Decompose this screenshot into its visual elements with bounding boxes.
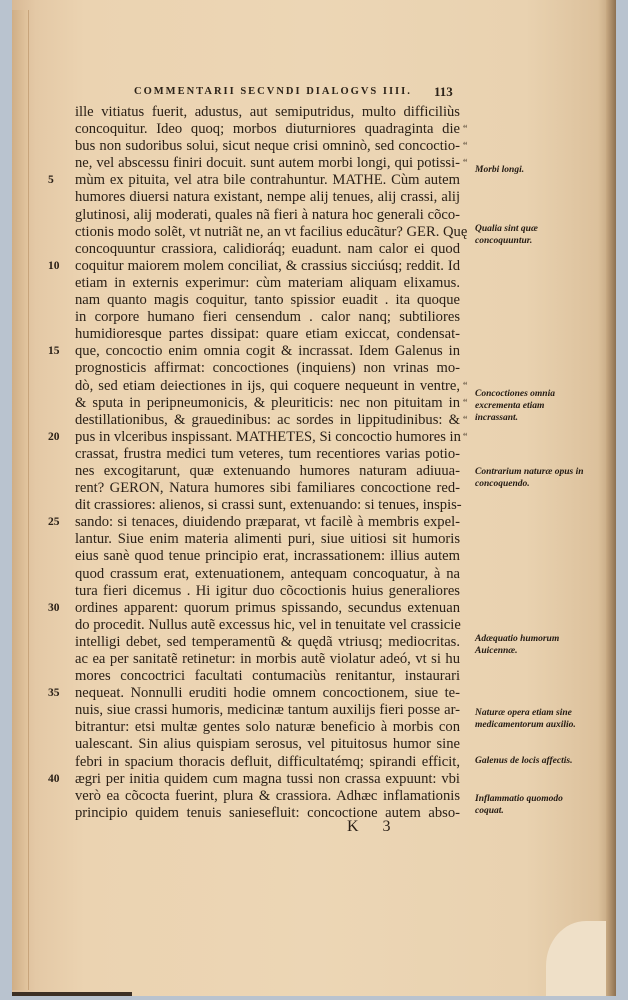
text-line: humidioresque partes dissipat: quare eti… [75, 326, 460, 343]
text-line: pus in vlceribus inspissant. MATHETES, S… [75, 429, 460, 446]
text-line: que, concoctio enim omnia cogit & incras… [75, 343, 460, 360]
text-line: glutinosi, alij moderati, quales nã fier… [75, 207, 460, 224]
line-number: 30 [48, 600, 60, 617]
text-line: ordines apparent: quorum primus spissand… [75, 600, 460, 617]
line-text: intelligi debet, sed temperamentũ & quęd… [75, 634, 460, 650]
line-text: verò ea cõcocta fuerint, plura & crassio… [75, 788, 460, 804]
line-text: nam quanto magis coquitur, tanto spissio… [75, 292, 460, 308]
text-line: nes excogitarunt, quæ extenuando humores… [75, 463, 460, 480]
line-number: 20 [48, 429, 60, 446]
quotation-mark: “ [463, 378, 467, 395]
quotation-mark: “ [463, 155, 467, 172]
text-line: rent? GERON, Natura humores sibi familia… [75, 480, 460, 497]
line-number: 25 [48, 514, 60, 531]
marginal-note: Inflammatio quomodo coquat. [475, 793, 585, 817]
text-line: concoquuntur crassiora, calidioráq; euad… [75, 241, 460, 258]
quotation-mark: “ [463, 395, 467, 412]
line-text: concoquitur. Ideo quoq; morbos diuturnio… [75, 121, 460, 137]
text-line: & sputa in peripneumonicis, & pleuritici… [75, 395, 460, 412]
adjacent-page-edge [12, 10, 29, 990]
text-line: nam quanto magis coquitur, tanto spissio… [75, 292, 460, 309]
line-text: destillationibus, & grauedinibus: ac sor… [75, 412, 460, 428]
line-text: mùm ex pituita, vel atra bile contrahunt… [75, 172, 460, 188]
text-line: ualescant. Sin alius quispiam serosus, v… [75, 736, 460, 753]
text-line: eius sanè quod tenue principio erat, inc… [75, 548, 460, 565]
folio-number: 113 [434, 84, 453, 100]
line-text: principio quidem tenuis saniesefluit: co… [75, 805, 460, 821]
line-text: humores diuersi natura existant, nempe a… [75, 189, 460, 205]
line-text: quod crassum erat, extenuationem, antequ… [75, 566, 460, 582]
bottom-shadow [12, 992, 132, 996]
line-text: bus non sudoribus solui, sicut neque cri… [75, 138, 460, 154]
line-number: 5 [48, 172, 54, 189]
line-text: concoquuntur crassiora, calidioráq; euad… [75, 241, 460, 257]
quotation-mark: “ [463, 138, 467, 155]
line-text: ac ea per sanitatẽ retinetur: in morbis … [75, 651, 460, 667]
line-text: ille vitiatus fuerit, adustus, aut semip… [75, 104, 460, 120]
text-line: principio quidem tenuis saniesefluit: co… [75, 805, 460, 822]
text-line: nuis, siue crassi humoris, medicinæ tant… [75, 702, 460, 719]
line-text: nequeat. Nonnulli eruditi hodie omnem co… [75, 685, 460, 701]
text-line: lantur. Siue enim materia alimenti puri,… [75, 531, 460, 548]
line-number: 35 [48, 685, 60, 702]
line-text: glutinosi, alij moderati, quales nã fier… [75, 207, 460, 223]
text-line: febri in spacium thoracis defluit, diffi… [75, 754, 460, 771]
marginal-note: Morbi longi. [475, 164, 585, 176]
line-text: do procedit. Nullus autẽ excessus hic, v… [75, 617, 461, 633]
line-text: dò, sed etiam deiectiones in ijs, qui co… [75, 378, 460, 394]
page-corner [546, 921, 606, 996]
line-text: coquitur maiorem molem conciliat, & cras… [75, 258, 460, 274]
text-line: nequeat. Nonnulli eruditi hodie omnem co… [75, 685, 460, 702]
text-line: in corpore humano fieri censendum . calo… [75, 309, 460, 326]
text-line: ctionis modo solẽt, vt nutriãt ne, an vt… [75, 224, 460, 241]
text-line: bitrantur: etsi multæ gentes solo naturæ… [75, 719, 460, 736]
line-text: dit crassiores: alienos, si crassi sunt,… [75, 497, 462, 513]
line-text: ctionis modo solẽt, vt nutriãt ne, an vt… [75, 224, 467, 240]
line-text: sando: si tenaces, diuidendo præparat, v… [75, 514, 460, 530]
line-text: etiam in externis experimur: cùm materia… [75, 275, 460, 291]
line-text: eius sanè quod tenue principio erat, inc… [75, 548, 460, 564]
line-text: crassat, frustra medici tum veteres, tum… [75, 446, 460, 462]
quotation-mark: “ [463, 121, 467, 138]
marginal-note: Adæquatio humorum Auicennæ. [475, 633, 585, 657]
text-line: etiam in externis experimur: cùm materia… [75, 275, 460, 292]
line-text: & sputa in peripneumonicis, & pleuritici… [75, 395, 460, 411]
line-text: pus in vlceribus inspissant. MATHETES, S… [75, 429, 461, 445]
line-text: lantur. Siue enim materia alimenti puri,… [75, 531, 460, 547]
line-number: 15 [48, 343, 60, 360]
line-text: nuis, siue crassi humoris, medicinæ tant… [75, 702, 460, 718]
text-line: prognosticis affirmat: concoctiones (inq… [75, 360, 460, 377]
line-text: prognosticis affirmat: concoctiones (inq… [75, 360, 460, 376]
line-text: ordines apparent: quorum primus spissand… [75, 600, 460, 616]
quotation-mark: “ [463, 412, 467, 429]
text-line: mores concoctrici facultati contumaciùs … [75, 668, 460, 685]
marginal-note: Qualia sint quæ concoquuntur. [475, 223, 585, 247]
text-line: humores diuersi natura existant, nempe a… [75, 189, 460, 206]
text-line: ægri per initia quidem cum magna tussi n… [75, 771, 460, 788]
line-text: rent? GERON, Natura humores sibi familia… [75, 480, 460, 496]
page-right-edge [606, 0, 616, 996]
text-line: bus non sudoribus solui, sicut neque cri… [75, 138, 460, 155]
marginal-note: Contrarium naturæ opus in concoquendo. [475, 466, 585, 490]
text-line: dò, sed etiam deiectiones in ijs, qui co… [75, 378, 460, 395]
line-number: 40 [48, 771, 60, 788]
text-line: concoquitur. Ideo quoq; morbos diuturnio… [75, 121, 460, 138]
line-text: tura fieri dicemus . Hi igitur duo cõcoc… [75, 583, 460, 599]
main-text-block: ille vitiatus fuerit, adustus, aut semip… [75, 104, 460, 822]
text-line: quod crassum erat, extenuationem, antequ… [75, 566, 460, 583]
line-text: febri in spacium thoracis defluit, diffi… [75, 754, 460, 770]
marginal-note: Concoctiones omnia excrementa etiam incr… [475, 388, 585, 424]
running-head: COMMENTARII SECVNDI DIALOGVS IIII. [134, 86, 412, 97]
text-line: ne, vel abscessu finiri docuit. sunt aut… [75, 155, 460, 172]
text-line: ille vitiatus fuerit, adustus, aut semip… [75, 104, 460, 121]
line-text: mores concoctrici facultati contumaciùs … [75, 668, 460, 684]
text-line: intelligi debet, sed temperamentũ & quęd… [75, 634, 460, 651]
line-text: in corpore humano fieri censendum . calo… [75, 309, 460, 325]
text-line: crassat, frustra medici tum veteres, tum… [75, 446, 460, 463]
line-text: ne, vel abscessu finiri docuit. sunt aut… [75, 155, 460, 171]
text-line: sando: si tenaces, diuidendo præparat, v… [75, 514, 460, 531]
marginal-note: Naturæ opera etiam sine medicamentorum a… [475, 707, 585, 731]
quotation-mark: “ [463, 429, 467, 446]
line-text: humidioresque partes dissipat: quare eti… [75, 326, 460, 342]
text-line: dit crassiores: alienos, si crassi sunt,… [75, 497, 460, 514]
text-line: coquitur maiorem molem conciliat, & cras… [75, 258, 460, 275]
text-line: destillationibus, & grauedinibus: ac sor… [75, 412, 460, 429]
line-text: bitrantur: etsi multæ gentes solo naturæ… [75, 719, 460, 735]
text-line: do procedit. Nullus autẽ excessus hic, v… [75, 617, 460, 634]
signature-mark: K 3 [347, 818, 401, 836]
text-line: mùm ex pituita, vel atra bile contrahunt… [75, 172, 460, 189]
line-text: ualescant. Sin alius quispiam serosus, v… [75, 736, 460, 752]
line-text: que, concoctio enim omnia cogit & incras… [75, 343, 460, 359]
text-line: ac ea per sanitatẽ retinetur: in morbis … [75, 651, 460, 668]
line-text: ægri per initia quidem cum magna tussi n… [75, 771, 460, 787]
marginal-note: Galenus de locis affectis. [475, 755, 585, 767]
line-text: nes excogitarunt, quæ extenuando humores… [75, 463, 460, 479]
text-line: verò ea cõcocta fuerint, plura & crassio… [75, 788, 460, 805]
line-number: 10 [48, 258, 60, 275]
text-line: tura fieri dicemus . Hi igitur duo cõcoc… [75, 583, 460, 600]
